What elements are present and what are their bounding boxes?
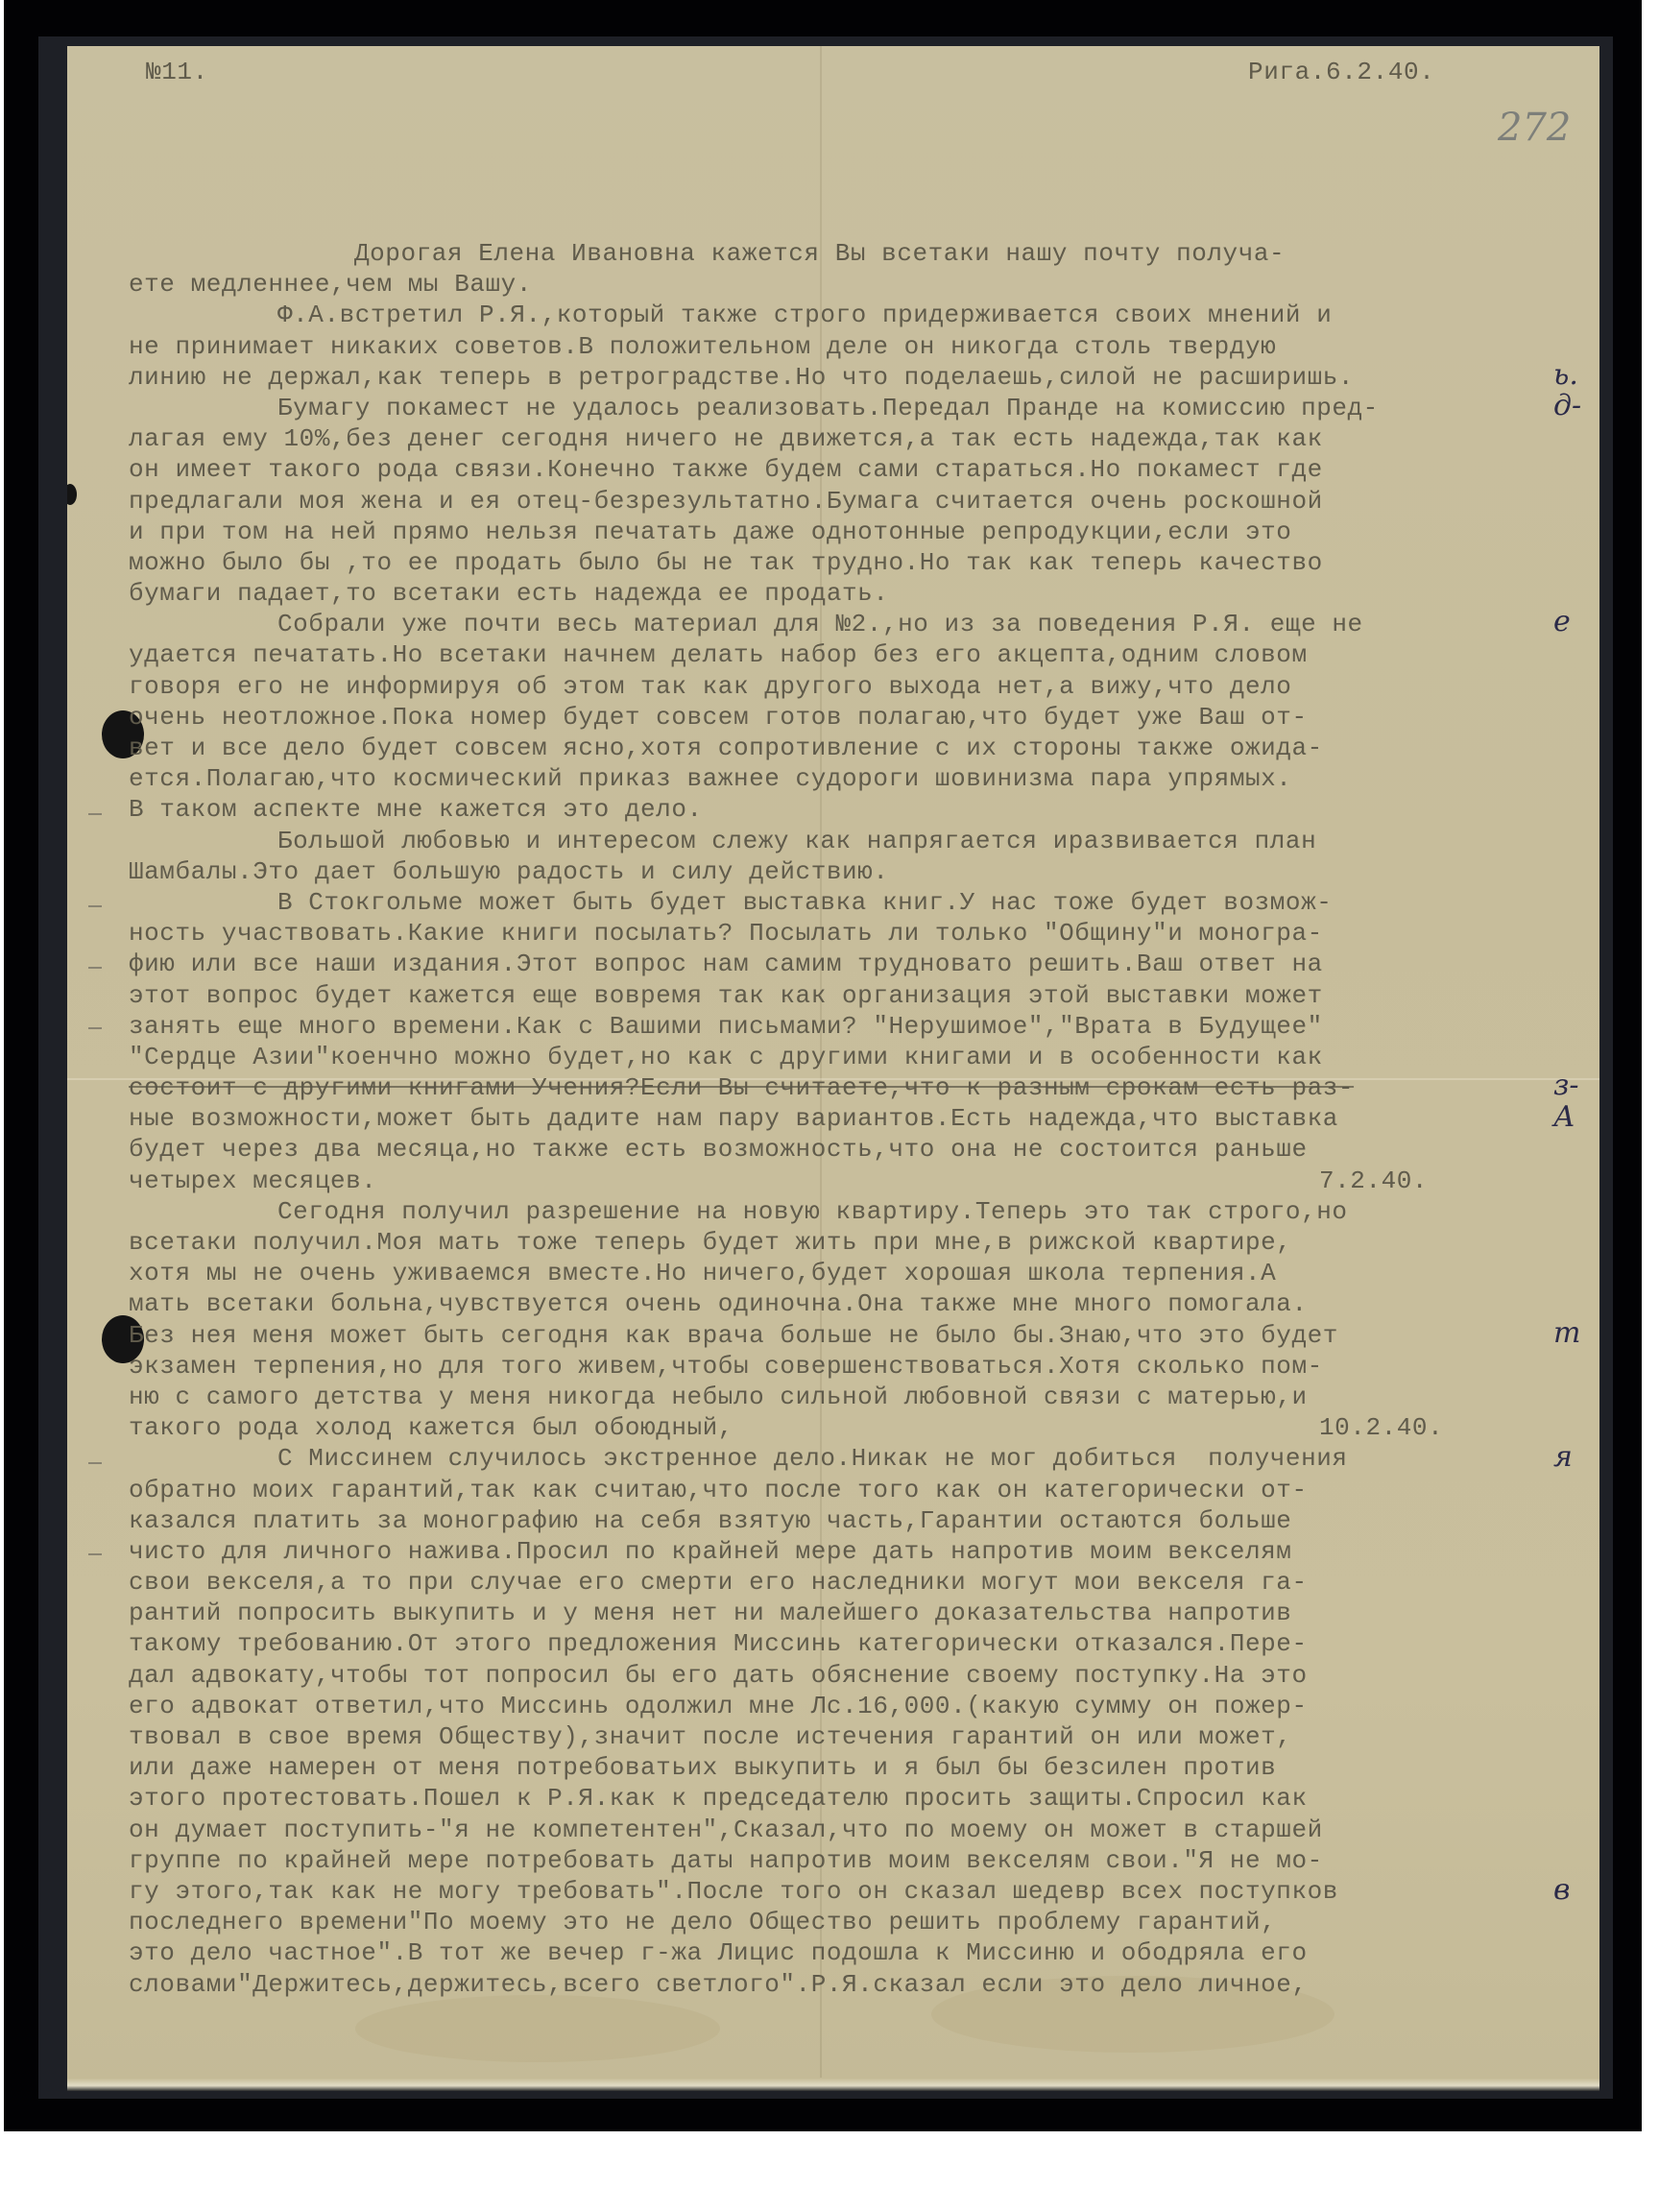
text-line-content: не принимает никаких советов.В положител…: [129, 332, 1276, 361]
text-line-content: чисто для личного нажива.Просил по крайн…: [129, 1537, 1291, 1566]
margin-tick: [88, 1462, 102, 1464]
text-line: "Сердце Азии"коенчно можно будет,но как …: [129, 1042, 1588, 1072]
letter-number: №11.: [146, 60, 208, 84]
text-line-content: экзамен терпения,но для того живем,чтобы…: [129, 1352, 1323, 1381]
text-line: ню с самого детства у меня никогда небыл…: [129, 1382, 1588, 1412]
text-line: Шамбалы.Это дает большую радость и силу …: [129, 856, 1588, 887]
text-line: он имеет такого рода связи.Конечно также…: [129, 454, 1588, 485]
text-line: можно было бы ,то ее продать было бы не …: [129, 547, 1588, 578]
text-line-content: хотя мы не очень уживаемся вместе.Но нич…: [129, 1259, 1276, 1287]
text-line: обратно моих гарантий,так как считаю,что…: [129, 1475, 1588, 1505]
text-line-content: бумаги падает,то всетаки есть надежда ее…: [129, 579, 888, 608]
text-line: группе по крайней мере потребовать даты …: [129, 1845, 1588, 1876]
text-line-content: лагая ему 10%,без денег сегодня ничего н…: [129, 424, 1323, 453]
text-line-content: линию не держал,как теперь в ретроградст…: [129, 363, 1354, 392]
text-line-content: последнего времени"По моему это не дело …: [129, 1908, 1276, 1936]
margin-tick: [88, 1027, 102, 1029]
margin-tick: [88, 1553, 102, 1555]
letter-page: №11. Рига.6.2.40. 272 Дорогая Елена Иван…: [67, 46, 1599, 2091]
text-line: и при том на ней прямо нельзя печатать д…: [129, 517, 1588, 547]
text-line-content: Ф.А.встретил Р.Я.,который также строго п…: [277, 301, 1332, 329]
text-line: состоит с другими книгами Учения?Если Вы…: [129, 1072, 1588, 1103]
text-line-content: Бумагу покамест не удалось реализовать.П…: [277, 394, 1379, 422]
text-line-content: ню с самого детства у меня никогда небыл…: [129, 1382, 1308, 1411]
text-line: Дорогая Елена Ивановна кажется Вы всетак…: [129, 238, 1588, 269]
text-line-content: такому требованию.От этого предложения М…: [129, 1629, 1308, 1658]
text-line: Ф.А.встретил Р.Я.,который также строго п…: [129, 300, 1588, 330]
text-line-content: фию или все наши издания.Этот вопрос нам…: [129, 950, 1323, 978]
margin-tick: [88, 813, 102, 815]
text-line-content: В Стокгольме может быть будет выставка к…: [277, 888, 1332, 917]
entry-date: 7.2.40.: [1319, 1166, 1428, 1196]
text-line: ется.Полагаю,что космический приказ важн…: [129, 763, 1588, 794]
text-line-content: предлагали моя жена и ея отец-безрезульт…: [129, 487, 1323, 516]
text-line-content: говоря его не информируя об этом так как…: [129, 672, 1291, 701]
text-line-content: Шамбалы.Это дает большую радость и силу …: [129, 857, 888, 886]
text-line: вет и все дело будет совсем ясно,хотя со…: [129, 733, 1588, 763]
text-line-content: мать всетаки больна,чувствуется очень од…: [129, 1289, 1308, 1318]
text-line-content: рантий попросить выкупить и у меня нет н…: [129, 1599, 1291, 1627]
text-line: мать всетаки больна,чувствуется очень од…: [129, 1288, 1588, 1319]
text-line: последнего времени"По моему это не дело …: [129, 1907, 1588, 1937]
text-line-content: свои векселя,а то при случае его смерти …: [129, 1568, 1308, 1597]
text-line: он думает поступить-"я не компетентен",С…: [129, 1815, 1588, 1845]
text-line-content: будет через два месяца,но также есть воз…: [129, 1135, 1308, 1164]
folio-number-handwritten: 272: [1498, 106, 1571, 150]
margin-tick: [88, 967, 102, 969]
text-line: будет через два месяца,но также есть воз…: [129, 1134, 1588, 1165]
text-line: ность участвовать.Какие книги посылать? …: [129, 918, 1588, 949]
text-line-content: ется.Полагаю,что космический приказ важн…: [129, 764, 1291, 793]
text-line-content: такого рода холод кажется был обоюдный,: [129, 1413, 733, 1442]
text-line: всетаки получил.Моя мать тоже теперь буд…: [129, 1227, 1588, 1258]
text-line-content: он думает поступить-"я не компетентен",С…: [129, 1815, 1323, 1844]
text-line-content: ные возможности,может быть дадите нам па…: [129, 1104, 1338, 1133]
text-line: этого протестовать.Пошел к Р.Я.как к пре…: [129, 1783, 1588, 1814]
text-line: В таком аспекте мне кажется это дело.: [129, 794, 1588, 825]
text-line: казался платить за монографию на себя вз…: [129, 1505, 1588, 1536]
text-line: не принимает никаких советов.В положител…: [129, 331, 1588, 362]
text-line: фию или все наши издания.Этот вопрос нам…: [129, 949, 1588, 979]
text-line: гу этого,так как не могу требовать".Посл…: [129, 1876, 1588, 1907]
text-line-content: гу этого,так как не могу требовать".Посл…: [129, 1877, 1338, 1906]
text-line-content: Сегодня получил разрешение на новую квар…: [277, 1197, 1348, 1226]
text-line: дал адвокату,чтобы тот попросил бы его д…: [129, 1660, 1588, 1691]
text-line-content: С Миссинем случилось экстренное дело.Ник…: [277, 1444, 1348, 1473]
text-line-content: это дело частное".В тот же вечер г-жа Ли…: [129, 1938, 1308, 1967]
text-line-content: дал адвокату,чтобы тот попросил бы его д…: [129, 1661, 1308, 1690]
text-line: ные возможности,может быть дадите нам па…: [129, 1103, 1588, 1134]
text-line: ете медленнее,чем мы Вашу.: [129, 269, 1588, 300]
text-line: говоря его не информируя об этом так как…: [129, 671, 1588, 702]
text-line-content: и при том на ней прямо нельзя печатать д…: [129, 517, 1291, 546]
text-line-content: его адвокат ответил,что Миссинь одолжил …: [129, 1692, 1308, 1720]
text-line-content: занять еще много времени.Как с Вашими пи…: [129, 1012, 1323, 1041]
text-line: удается печатать.Но всетаки начнем делат…: [129, 639, 1588, 670]
text-line: линию не держал,как теперь в ретроградст…: [129, 362, 1588, 393]
text-line: Сегодня получил разрешение на новую квар…: [129, 1196, 1588, 1227]
text-line: Без нея меня может быть сегодня как врач…: [129, 1320, 1588, 1351]
text-line-content: казался платить за монографию на себя вз…: [129, 1506, 1291, 1535]
text-line: это дело частное".В тот же вечер г-жа Ли…: [129, 1937, 1588, 1968]
text-line: рантий попросить выкупить и у меня нет н…: [129, 1598, 1588, 1628]
text-line-content: ность участвовать.Какие книги посылать? …: [129, 919, 1323, 948]
text-line: словами"Держитесь,держитесь,всего светло…: [129, 1969, 1588, 2000]
text-line: или даже намерен от меня потребоватьих в…: [129, 1752, 1588, 1783]
text-line-content: ете медленнее,чем мы Вашу.: [129, 270, 532, 299]
text-line-content: Собрали уже почти весь материал для №2.,…: [277, 610, 1363, 638]
text-line-content: этого протестовать.Пошел к Р.Я.как к пре…: [129, 1784, 1308, 1813]
handwritten-margin-mark: А: [1553, 1100, 1575, 1134]
margin-tick: [88, 905, 102, 907]
text-line-content: обратно моих гарантий,так как считаю,что…: [129, 1476, 1308, 1504]
text-line: такого рода холод кажется был обоюдный,1…: [129, 1412, 1588, 1443]
text-line: В Стокгольме может быть будет выставка к…: [129, 887, 1588, 918]
text-line: четырех месяцев.7.2.40.: [129, 1166, 1588, 1196]
text-line-content: группе по крайней мере потребовать даты …: [129, 1846, 1323, 1875]
handwritten-margin-mark: в: [1553, 1873, 1570, 1907]
text-line: такому требованию.От этого предложения М…: [129, 1628, 1588, 1659]
text-line-content: он имеет такого рода связи.Конечно также…: [129, 455, 1323, 484]
text-line-content: твовал в свое время Обществу),значит пос…: [129, 1722, 1291, 1751]
text-line: предлагали моя жена и ея отец-безрезульт…: [129, 486, 1588, 517]
text-line-content: В таком аспекте мне кажется это дело.: [129, 795, 703, 824]
text-line: бумаги падает,то всетаки есть надежда ее…: [129, 578, 1588, 609]
text-line: Большой любовью и интересом слежу как на…: [129, 826, 1588, 856]
handwritten-margin-mark: я: [1553, 1440, 1573, 1474]
text-line: его адвокат ответил,что Миссинь одолжил …: [129, 1691, 1588, 1721]
text-line-content: Дорогая Елена Ивановна кажется Вы всетак…: [354, 239, 1285, 268]
handwritten-margin-mark: е: [1553, 605, 1571, 638]
text-line-content: вет и все дело будет совсем ясно,хотя со…: [129, 733, 1323, 762]
text-line: очень неотложное.Пока номер будет совсем…: [129, 702, 1588, 733]
text-line-content: словами"Держитесь,держитесь,всего светло…: [129, 1970, 1308, 1999]
letter-place-date: Рига.6.2.40.: [1248, 60, 1434, 84]
text-line: занять еще много времени.Как с Вашими пи…: [129, 1011, 1588, 1042]
text-line-content: четырех месяцев.: [129, 1166, 376, 1195]
text-line-content: или даже намерен от меня потребоватьих в…: [129, 1753, 1276, 1782]
entry-date: 10.2.40.: [1319, 1412, 1443, 1443]
text-line-content: Большой любовью и интересом слежу как на…: [277, 827, 1316, 855]
text-line-content: "Сердце Азии"коенчно можно будет,но как …: [129, 1043, 1323, 1071]
letter-body: Дорогая Елена Ивановна кажется Вы всетак…: [129, 238, 1588, 2000]
handwritten-margin-mark: з-: [1553, 1069, 1579, 1102]
text-line-content: можно было бы ,то ее продать было бы не …: [129, 548, 1323, 577]
text-line: этот вопрос будет кажется еще вовремя та…: [129, 980, 1588, 1011]
text-line-content: состоит с другими книгами Учения?Если Вы…: [129, 1073, 1354, 1102]
text-line: Собрали уже почти весь материал для №2.,…: [129, 609, 1588, 639]
text-line-content: Без нея меня может быть сегодня как врач…: [129, 1321, 1338, 1350]
paper-bottom-edge: [67, 2078, 1599, 2091]
handwritten-margin-mark: д-: [1553, 389, 1581, 422]
paper-stain: [355, 1995, 720, 2062]
text-line: экзамен терпения,но для того живем,чтобы…: [129, 1351, 1588, 1382]
text-line-content: этот вопрос будет кажется еще вовремя та…: [129, 981, 1323, 1010]
text-line: свои векселя,а то при случае его смерти …: [129, 1567, 1588, 1598]
text-line: Бумагу покамест не удалось реализовать.П…: [129, 393, 1588, 423]
text-line: лагая ему 10%,без денег сегодня ничего н…: [129, 423, 1588, 454]
text-line: С Миссинем случилось экстренное дело.Ник…: [129, 1443, 1588, 1474]
handwritten-margin-mark: т: [1553, 1316, 1580, 1350]
text-line-content: очень неотложное.Пока номер будет совсем…: [129, 703, 1308, 732]
text-line: хотя мы не очень уживаемся вместе.Но нич…: [129, 1258, 1588, 1288]
text-line: твовал в свое время Обществу),значит пос…: [129, 1721, 1588, 1752]
handwritten-margin-mark: ь.: [1553, 358, 1578, 392]
text-line-content: удается печатать.Но всетаки начнем делат…: [129, 640, 1308, 669]
edge-tear-icon: [67, 484, 77, 505]
text-line: чисто для личного нажива.Просил по крайн…: [129, 1536, 1588, 1567]
text-line-content: всетаки получил.Моя мать тоже теперь буд…: [129, 1228, 1291, 1257]
